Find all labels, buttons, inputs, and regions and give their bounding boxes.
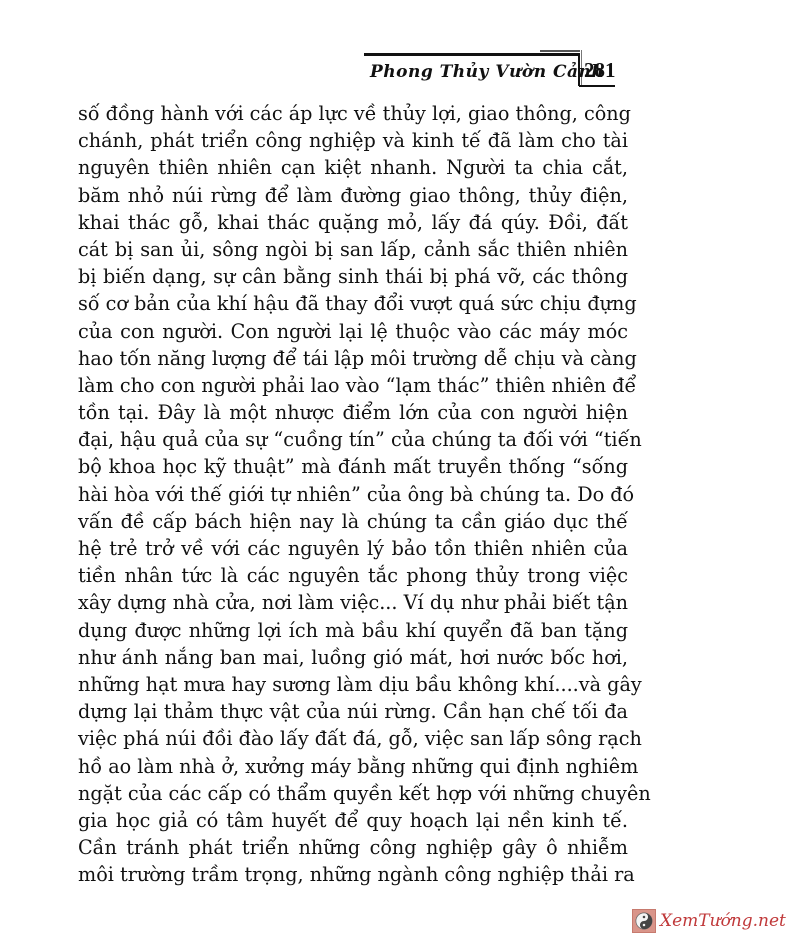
text-line: dụng được những lợi ích mà bầu khí quyển… [78,617,628,644]
site-watermark: XemTướng.net [632,901,786,941]
text-line: ngặt của các cấp có thẩm quyền kết hợp v… [78,780,628,807]
text-line: như ánh nắng ban mai, luồng gió mát, hơi… [78,644,628,671]
text-line: gia học giả có tâm huyết để quy hoạch lạ… [78,807,628,834]
text-line: vấn đề cấp bách hiện nay là chúng ta cần… [78,508,628,535]
text-line: số cơ bản của khí hậu đã thay đổi vượt q… [78,290,628,317]
header-rule-accent [540,50,580,52]
text-line: băm nhỏ núi rừng để làm đường giao thông… [78,182,628,209]
text-line: làm cho con người phải lao vào “lạm thác… [78,372,628,399]
text-line: chánh, phát triển công nghiệp và kinh tế… [78,127,628,154]
text-line: hao tốn năng lượng để tái lập môi trường… [78,345,628,372]
text-line: bị biến dạng, sự cân bằng sinh thái bị p… [78,263,628,290]
text-line: việc phá núi đồi đào lấy đất đá, gỗ, việ… [78,725,628,752]
text-line: đại, hậu quả của sự “cuồng tín” của chún… [78,426,628,453]
text-line: số đồng hành với các áp lực về thủy lợi,… [78,100,628,127]
yin-yang-icon [632,909,656,933]
page-number-underline [579,85,615,87]
text-line: nguyên thiên nhiên cạn kiệt nhanh. Người… [78,154,628,181]
text-line: tồn tại. Đây là một nhược điểm lớn của c… [78,399,628,426]
page-number: 281 [584,58,616,83]
body-paragraph: số đồng hành với các áp lực về thủy lợi,… [78,100,628,888]
text-line: hệ trẻ trở về với các nguyên lý bảo tồn … [78,535,628,562]
text-line: những hạt mưa hay sương làm dịu bầu khôn… [78,671,628,698]
text-line: cát bị san ủi, sông ngòi bị san lấp, cản… [78,236,628,263]
text-line: bộ khoa học kỹ thuật” mà đánh mất truyền… [78,453,628,480]
text-line: khai thác gỗ, khai thác quặng mỏ, lấy đá… [78,209,628,236]
running-title: Phong Thủy Vườn Cảnh [370,62,604,82]
header-rule [364,53,579,56]
text-line: hài hòa với thế giới tự nhiên” của ông b… [78,481,628,508]
text-line: xây dựng nhà cửa, nơi làm việc... Ví dụ … [78,589,628,616]
text-line: của con người. Con người lại lệ thuộc và… [78,318,628,345]
running-header: Phong Thủy Vườn Cảnh 281 [360,50,615,90]
text-line: dựng lại thảm thực vật của núi rừng. Cần… [78,698,628,725]
text-line: tiền nhân tức là các nguyên tắc phong th… [78,562,628,589]
text-line: hồ ao làm nhà ở, xưởng máy bằng những qu… [78,753,628,780]
watermark-brand: XemTướng.net [660,911,786,931]
text-line: Cần tránh phát triển những công nghiệp g… [78,834,628,861]
text-line: môi trường trầm trọng, những ngành công … [78,861,628,888]
